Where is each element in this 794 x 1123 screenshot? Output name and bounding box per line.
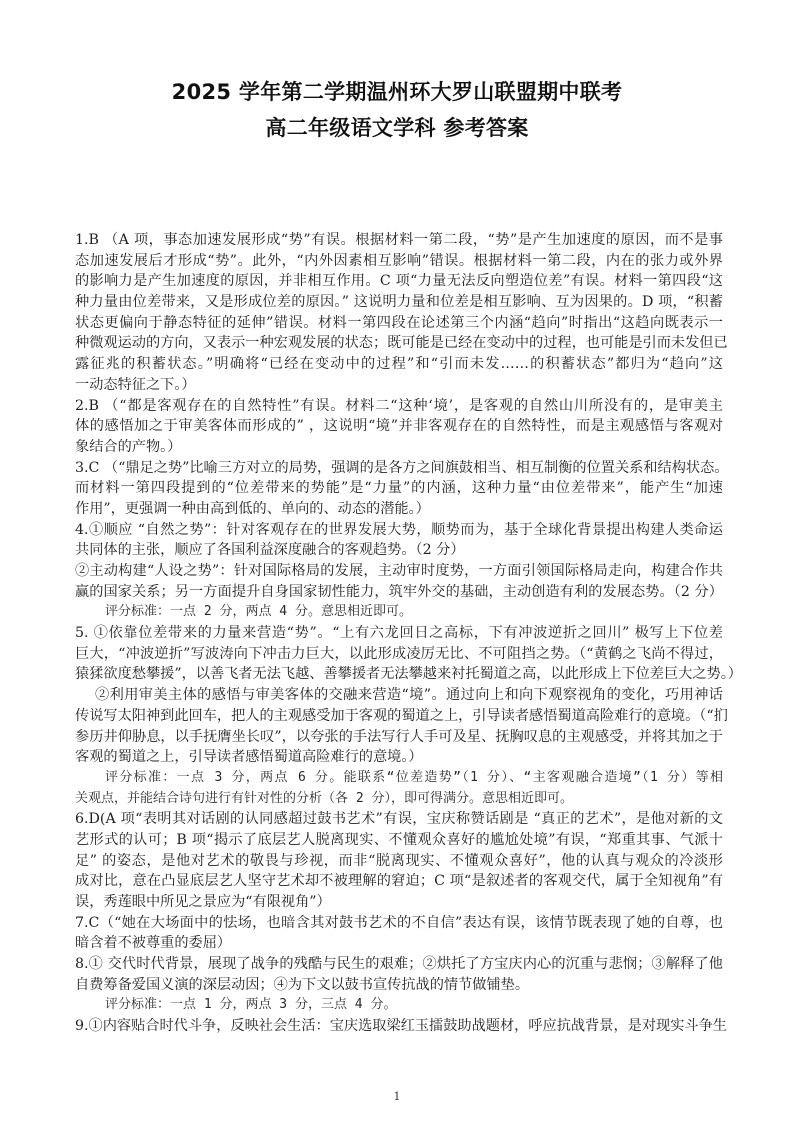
answer-line: 作用”，更强调一种由高到低的、单向的、动态的潜能。） bbox=[75, 499, 723, 520]
answer-line: 体的感悟加之于审美客体而形成的” ，这说明“境”并非客观存在的自然特性，而是主观… bbox=[75, 416, 723, 437]
answer-line: 2.B （“都是客观存在的自然特性”有误。材料二“这种‘境’，是客观的自然山川所… bbox=[75, 396, 723, 417]
scoring-criteria: 评分标准：一点 2 分，两点 4 分。意思相近即可。 bbox=[75, 602, 723, 623]
answer-q4: 4.①顺应 “自然之势”：针对客观存在的世界发展大势，顺势而为，基于全球化背景提… bbox=[75, 520, 723, 623]
answer-line: 误，秀莲眼中所见之景应为“有限视角”） bbox=[75, 892, 723, 913]
answer-line: 自费筹备爱国义演的深层动因；④为下文以鼓书宣传抗战的情节做铺垫。 bbox=[75, 975, 723, 996]
answer-line: 成对比，意在凸显底层艺人坚守艺术却不被理解的窘迫；C 项“是叙述者的客观交代，属… bbox=[75, 871, 723, 892]
answer-line: 巨大，“冲波逆折”写波涛向下冲击力巨大，以此形成凌厉无比、不可阻挡之势。（“黄鹤… bbox=[75, 644, 723, 665]
page-number: 1 bbox=[0, 1090, 794, 1103]
answer-q1: 1.B （A 项，事态加速发展形成“势”有误。根据材料一第二段，“势”是产生加速… bbox=[75, 230, 723, 396]
document-title: 2025 学年第二学期温州环大罗山联盟期中联考 bbox=[0, 76, 794, 106]
answer-line: 猿猱欲度愁攀援”，以善飞者无法飞越、善攀援者无法攀越来衬托蜀道之高，以此形成上下… bbox=[75, 664, 723, 685]
answer-line: ②利用审美主体的感悟与审美客体的交融来营造“境”。通过向上和向下观察视角的变化，… bbox=[75, 685, 723, 706]
answer-line: 一动态特征之下。） bbox=[75, 375, 723, 396]
answer-line: ②主动构建“人设之势”：针对国际格局的发展，主动审时度势，一方面引领国际格局走向… bbox=[75, 561, 723, 582]
answer-line: 足” 的姿态，是他对艺术的敬畏与珍视，而非“脱离现实、不懂观众喜好”，他的认真与… bbox=[75, 851, 723, 872]
answer-line: 赢的国家关系；另一方面提升自身国家韧性能力，筑牢外交的基础，主动创造有利的发展态… bbox=[75, 582, 723, 603]
answer-line: 态加速发展后才形成“势”。此外，“内外因素相互影响”错误。根据材料一第二段，内在… bbox=[75, 251, 723, 272]
answer-line: 4.①顺应 “自然之势”：针对客观存在的世界发展大势，顺势而为，基于全球化背景提… bbox=[75, 520, 723, 541]
scoring-criteria: 评分标准：一点 3 分，两点 6 分。能联系“位差造势”（1 分）、“主客观融合… bbox=[75, 768, 723, 789]
answer-line: 而材料一第四段提到的“位差带来的势能”是“力量”的内涵，这种力量“由位差带来”，… bbox=[75, 478, 723, 499]
answer-line: 3.C （“鼎足之势”比喻三方对立的局势，强调的是各方之间旗鼓相当、相互制衡的位… bbox=[75, 458, 723, 479]
answer-q6: 6.D(A 项“表明其对话剧的认同感超过鼓书艺术”有误，宝庆称赞话剧是 “真正的… bbox=[75, 809, 723, 912]
answer-line: 客观的蜀道之上，引导读者感悟蜀道高险难行的意境。） bbox=[75, 747, 723, 768]
answer-line: 种力量由位差带来，又是形成位差的原因。” 这说明力量和位差是相互影响、互为因果的… bbox=[75, 292, 723, 313]
answer-line: 1.B （A 项，事态加速发展形成“势”有误。根据材料一第二段，“势”是产生加速… bbox=[75, 230, 723, 251]
scoring-criteria: 关观点，并能结合诗句进行有针对性的分析（各 2 分），即可得满分。意思相近即可。 bbox=[75, 789, 723, 810]
answer-line: 参历井仰胁息，以手抚膺坐长叹”，以夸张的手法写行人手可及星、抚胸叹息的主观感受，… bbox=[75, 727, 723, 748]
answer-line: 种微观运动的方向，又表示一种宏观发展的状态；既可能是已经在变动中的过程，也可能是… bbox=[75, 333, 723, 354]
scoring-criteria: 评分标准：一点 1 分，两点 3 分，三点 4 分。 bbox=[75, 995, 723, 1016]
answer-line: 共同体的主张，顺应了各国利益深度融合的客观趋势。（2 分） bbox=[75, 540, 723, 561]
answer-line: 7.C（“她在大场面中的怯场，也暗含其对鼓书艺术的不自信”表达有误，该情节既表现… bbox=[75, 913, 723, 934]
answer-line: 象结合的产物。） bbox=[75, 437, 723, 458]
answer-line: 暗含着不被尊重的委屈） bbox=[75, 933, 723, 954]
answer-line: 的影响力是产生加速度的原因，并非相互作用。C 项“力量无法反向塑造位差”有误。材… bbox=[75, 271, 723, 292]
document-subtitle: 高二年级语文学科 参考答案 bbox=[0, 112, 794, 142]
answer-line: 状态更偏向于静态特征的延伸”错误。材料一第四段在论述第三个内涵“趋向”时指出“这… bbox=[75, 313, 723, 334]
answer-line: 艺形式的认可；B 项“揭示了底层艺人脱离现实、不懂观众喜好的尴尬处境”有误，“郑… bbox=[75, 830, 723, 851]
answer-body: 1.B （A 项，事态加速发展形成“势”有误。根据材料一第二段，“势”是产生加速… bbox=[75, 230, 723, 1037]
answer-line: 露征兆的积蓄状态。”明确将“已经在变动中的过程”和“引而未发……的积蓄状态”都归… bbox=[75, 354, 723, 375]
answer-q2: 2.B （“都是客观存在的自然特性”有误。材料二“这种‘境’，是客观的自然山川所… bbox=[75, 396, 723, 458]
answer-q7: 7.C（“她在大场面中的怯场，也暗含其对鼓书艺术的不自信”表达有误，该情节既表现… bbox=[75, 913, 723, 954]
answer-q3: 3.C （“鼎足之势”比喻三方对立的局势，强调的是各方之间旗鼓相当、相互制衡的位… bbox=[75, 458, 723, 520]
answer-key-page: 2025 学年第二学期温州环大罗山联盟期中联考 高二年级语文学科 参考答案 1.… bbox=[0, 0, 794, 1123]
answer-line: 9.①内容贴合时代斗争，反映社会生活：宝庆选取梁红玉擂鼓助战题材，呼应抗战背景，… bbox=[75, 1016, 723, 1037]
answer-q5: 5. ①依靠位差带来的力量来营造“势”。“上有六龙回日之高标，下有冲波逆折之回川… bbox=[75, 623, 723, 809]
answer-q9: 9.①内容贴合时代斗争，反映社会生活：宝庆选取梁红玉擂鼓助战题材，呼应抗战背景，… bbox=[75, 1016, 723, 1037]
answer-line: 5. ①依靠位差带来的力量来营造“势”。“上有六龙回日之高标，下有冲波逆折之回川… bbox=[75, 623, 723, 644]
answer-line: 传说写太阳神到此回车，把人的主观感受加于客观的蜀道之上，引导读者感悟蜀道高险难行… bbox=[75, 706, 723, 727]
answer-line: 8.① 交代时代背景，展现了战争的残酷与民生的艰难；②烘托了方宝庆内心的沉重与悲… bbox=[75, 954, 723, 975]
answer-q8: 8.① 交代时代背景，展现了战争的残酷与民生的艰难；②烘托了方宝庆内心的沉重与悲… bbox=[75, 954, 723, 1016]
answer-line: 6.D(A 项“表明其对话剧的认同感超过鼓书艺术”有误，宝庆称赞话剧是 “真正的… bbox=[75, 809, 723, 830]
